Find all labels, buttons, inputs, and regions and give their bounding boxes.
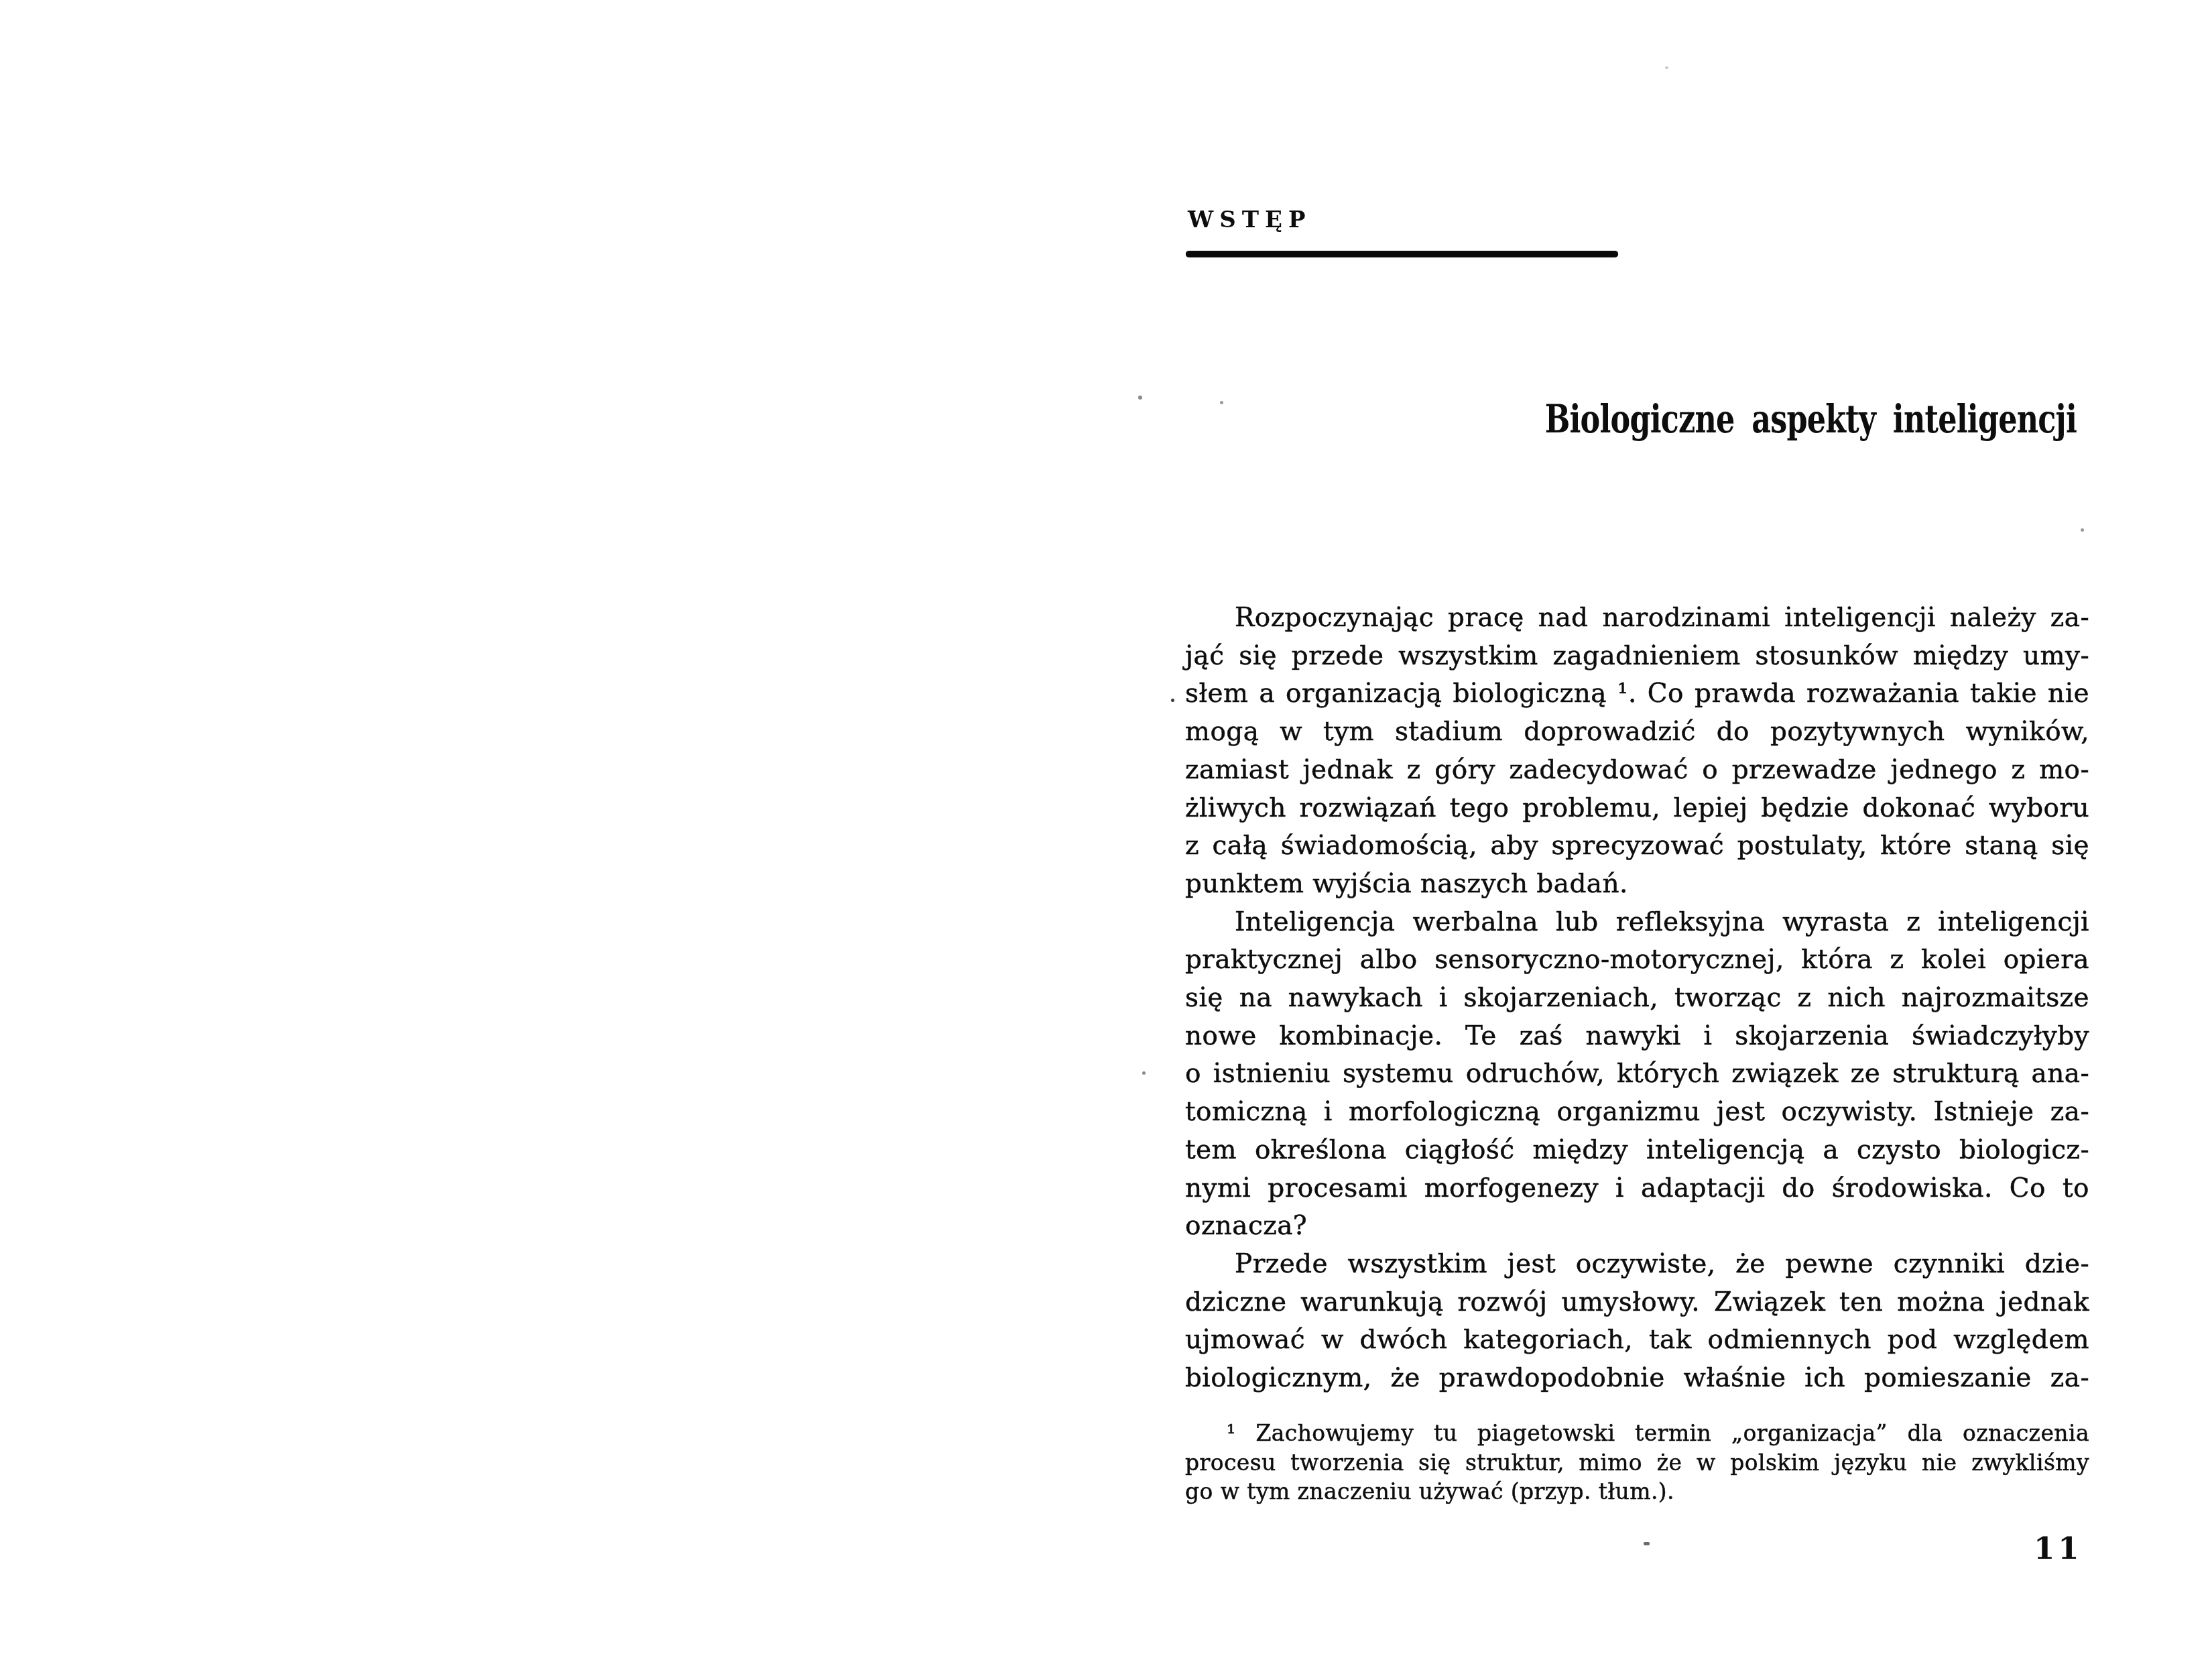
- footnote: ¹ Zachowujemy tu piagetowski termin „org…: [1185, 1419, 2089, 1506]
- body-line: jąć się przede wszystkim zagadnieniem st…: [1185, 638, 2089, 676]
- scan-speck: [1142, 1071, 1146, 1075]
- scan-speck: [2081, 528, 2084, 532]
- footnote-line: ¹ Zachowujemy tu piagetowski termin „org…: [1185, 1419, 2089, 1448]
- scanned-book-page: WSTĘP Biologiczne aspekty inteligencji R…: [0, 0, 2212, 1662]
- body-line: oznacza?: [1185, 1207, 2089, 1246]
- body-line: Rozpoczynając pracę nad narodzinami inte…: [1185, 599, 2089, 638]
- scan-speck: [1138, 396, 1142, 400]
- body-line: słem a organizacją biologiczną ¹. Co pra…: [1185, 675, 2089, 713]
- body-line: punktem wyjścia naszych badań.: [1185, 866, 2089, 904]
- body-line: zamiast jednak z góry zadecydować o prze…: [1185, 752, 2089, 790]
- scan-speck: [1220, 401, 1223, 404]
- body-line: Przede wszystkim jest oczywiste, że pewn…: [1185, 1246, 2089, 1284]
- body-line: Inteligencja werbalna lub refleksyjna wy…: [1185, 904, 2089, 942]
- header-rule: [1186, 251, 1618, 257]
- footnote-line: procesu tworzenia się struktur, mimo że …: [1185, 1448, 2089, 1478]
- body-line: mogą w tym stadium doprowadzić do pozyty…: [1185, 713, 2089, 752]
- body-text: Rozpoczynając pracę nad narodzinami inte…: [1185, 599, 2089, 1398]
- body-line: dziczne warunkują rozwój umysłowy. Związ…: [1185, 1284, 2089, 1322]
- body-line: o istnieniu systemu odruchów, których zw…: [1185, 1055, 2089, 1093]
- page-number: 11: [2034, 1531, 2083, 1566]
- body-line: tem określona ciągłość między inteligenc…: [1185, 1132, 2089, 1170]
- body-line: z całą świadomością, aby sprecyzować pos…: [1185, 827, 2089, 866]
- scan-speck: [1665, 66, 1668, 69]
- scan-speck: [1644, 1542, 1650, 1545]
- chapter-label: WSTĘP: [1188, 206, 1312, 233]
- chapter-title: Biologiczne aspekty inteligencji: [1367, 397, 2077, 442]
- footnote-line: go w tym znaczeniu używać (przyp. tłum.)…: [1185, 1477, 2089, 1506]
- body-line: się na nawykach i skojarzeniach, tworząc…: [1185, 980, 2089, 1018]
- body-line: nowe kombinacje. Te zaś nawyki i skojarz…: [1185, 1018, 2089, 1056]
- body-line: żliwych rozwiązań tego problemu, lepiej …: [1185, 790, 2089, 828]
- body-line: ujmować w dwóch kategoriach, tak odmienn…: [1185, 1321, 2089, 1360]
- scan-speck: [1171, 699, 1174, 702]
- body-line: nymi procesami morfogenezy i adaptacji d…: [1185, 1170, 2089, 1208]
- body-line: biologicznym, że prawdopodobnie właśnie …: [1185, 1360, 2089, 1398]
- body-line: praktycznej albo sensoryczno-motorycznej…: [1185, 941, 2089, 980]
- body-line: tomiczną i morfologiczną organizmu jest …: [1185, 1093, 2089, 1132]
